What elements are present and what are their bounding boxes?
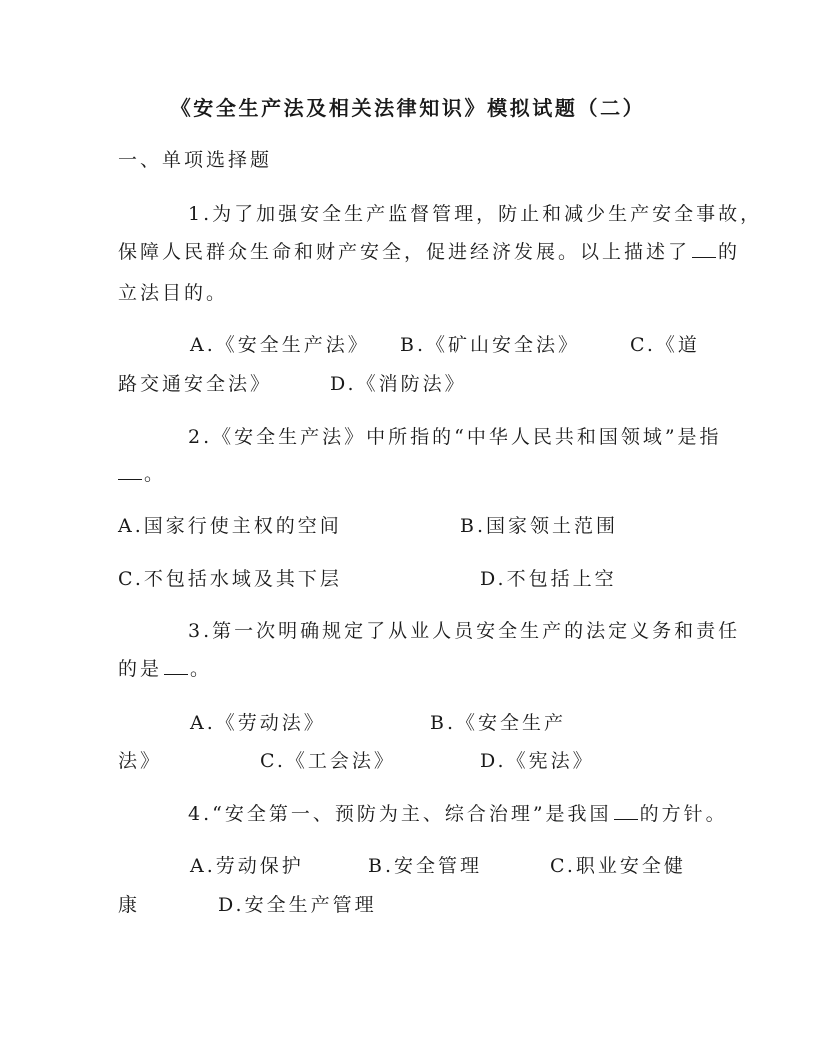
question-3-option-d: D.《宪法》	[480, 749, 595, 773]
question-4-option-a: A.劳动保护	[190, 854, 304, 878]
document-page: 《安全生产法及相关法律知识》模拟试题（二） 一、单项选择题 1.为了加强安全生产…	[0, 0, 816, 1056]
question-4-option-d: D.安全生产管理	[218, 893, 377, 917]
question-4-line-1: 4.“安全第一、预防为主、综合治理”是我国的方针。	[188, 802, 728, 826]
question-3-line-2-tail: 。	[190, 658, 212, 680]
question-1-line-2-tail: 的	[718, 241, 740, 263]
question-3-line-2: 的是。	[118, 657, 212, 681]
question-1-option-b: B.《矿山安全法》	[400, 333, 580, 357]
question-3-line-1: 3.第一次明确规定了从业人员安全生产的法定义务和责任	[188, 619, 740, 643]
question-3-line-2-text: 的是	[118, 658, 162, 680]
document-title: 《安全生产法及相关法律知识》模拟试题（二）	[0, 96, 816, 120]
question-4-option-c: C.职业安全健	[550, 854, 686, 878]
question-4-option-c-continued: 康	[118, 893, 140, 917]
answer-blank	[692, 241, 716, 258]
question-2-option-b: B.国家领土范围	[460, 514, 618, 538]
question-1-option-c: C.《道	[630, 333, 700, 357]
question-2-option-c: C.不包括水域及其下层	[118, 567, 342, 591]
question-1-line-2-text: 保障人民群众生命和财产安全，促进经济发展。以上描述了	[118, 241, 690, 263]
question-4-line-1-tail: 的方针。	[640, 803, 728, 825]
question-2-line-2: 。	[118, 462, 166, 486]
question-3-option-b-continued: 法》	[118, 749, 162, 773]
question-3-option-c: C.《工会法》	[260, 749, 396, 773]
question-2-line-1: 2.《安全生产法》中所指的“中华人民共和国领域”是指	[188, 425, 722, 449]
answer-blank	[614, 803, 638, 820]
question-4-option-b: B.安全管理	[368, 854, 482, 878]
question-3-option-a: A.《劳动法》	[190, 711, 326, 735]
answer-blank	[118, 463, 142, 480]
question-3-option-b: B.《安全生产	[430, 711, 566, 735]
question-2-option-d: D.不包括上空	[480, 567, 617, 591]
question-4-line-1-text: 4.“安全第一、预防为主、综合治理”是我国	[188, 803, 612, 825]
section-heading: 一、单项选择题	[118, 148, 272, 172]
question-1-line-2: 保障人民群众生命和财产安全，促进经济发展。以上描述了的	[118, 240, 740, 264]
question-1-line-3: 立法目的。	[118, 281, 228, 305]
question-1-option-d: D.《消防法》	[330, 372, 467, 396]
question-1-option-a: A.《安全生产法》	[190, 333, 370, 357]
question-1-option-c-continued: 路交通安全法》	[118, 372, 272, 396]
question-2-line-2-tail: 。	[144, 463, 166, 485]
answer-blank	[164, 658, 188, 675]
question-2-option-a: A.国家行使主权的空间	[118, 514, 342, 538]
question-1-line-1: 1.为了加强安全生产监督管理，防止和减少生产安全事故，	[188, 202, 762, 226]
